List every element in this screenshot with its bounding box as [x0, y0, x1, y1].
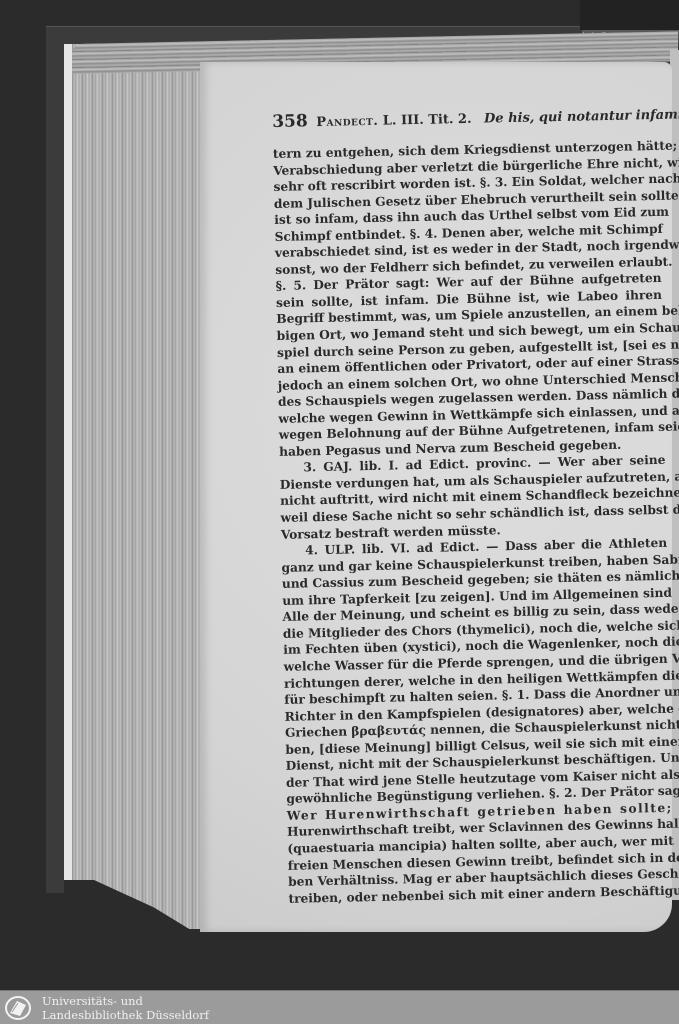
scan-background: I I E I E C E E C 358 Pandect. L. III. T… [0, 0, 679, 990]
library-name-line2: Landesbibliothek Düsseldorf [42, 1008, 209, 1022]
page-stack-edge [64, 44, 214, 929]
library-name[interactable]: Universitäts- und Landesbibliothek Düsse… [42, 994, 209, 1022]
paragraph-continued: tern zu entgehen, sich dem Kriegsdienst … [273, 138, 665, 460]
page-number: 358 [272, 111, 308, 132]
library-footer-bar: Universitäts- und Landesbibliothek Düsse… [0, 990, 679, 1024]
running-head-book: Pandect. [316, 114, 378, 130]
section-3-gaius: 3. GAJ. lib. I. ad Edict. provinc. — Wer… [279, 452, 667, 543]
running-head-reference: L. III. Tit. 2. [383, 112, 472, 129]
section-4-ulpian: 4. ULP. lib. VI. ad Edict. — Dass aber d… [281, 535, 675, 907]
cover-top-corner [580, 0, 679, 30]
book-logo-icon[interactable] [4, 995, 32, 1021]
page-stack-highlight [64, 44, 72, 884]
library-name-line1: Universitäts- und [42, 994, 209, 1008]
running-head-title: De his, qui notantur infamia. [484, 107, 679, 126]
page-text-block: 358 Pandect. L. III. Tit. 2. De his, qui… [272, 104, 675, 907]
